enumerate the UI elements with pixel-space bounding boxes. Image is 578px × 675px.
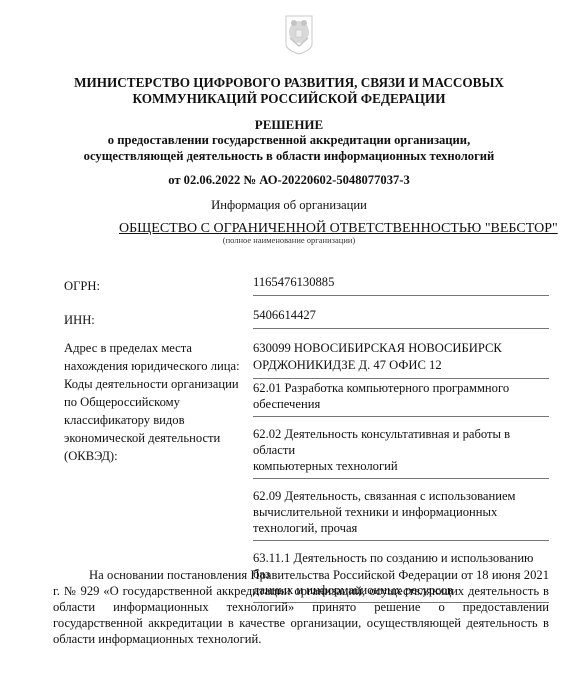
okved-label-line: экономической деятельности <box>64 429 239 447</box>
okved-label-line: (ОКВЭД): <box>64 447 239 465</box>
decision-subtitle: о предоставлении государственной аккреди… <box>0 132 578 164</box>
okved-label-line: по Общероссийскому <box>64 393 239 411</box>
decision-subtitle-line-1: о предоставлении государственной аккреди… <box>0 132 578 148</box>
address-label-line-2: нахождения юридического лица: <box>64 357 240 375</box>
decision-subtitle-line-2: осуществляющей деятельность в области ин… <box>0 148 578 164</box>
ministry-line-1: МИНИСТЕРСТВО ЦИФРОВОГО РАЗВИТИЯ, СВЯЗИ И… <box>0 75 578 91</box>
okved-item-line: компьютерных технологий <box>253 458 549 474</box>
okved-item-line: обеспечения <box>253 396 549 412</box>
okved-label-line: Коды деятельности организации <box>64 375 239 393</box>
okved-item: 62.09 Деятельность, связанная с использо… <box>253 485 549 541</box>
okved-item: 62.01 Разработка компьютерного программн… <box>253 377 549 417</box>
ministry-name: МИНИСТЕРСТВО ЦИФРОВОГО РАЗВИТИЯ, СВЯЗИ И… <box>0 75 578 107</box>
info-heading: Информация об организации <box>0 198 578 213</box>
ministry-line-2: КОММУНИКАЦИЙ РОССИЙСКОЙ ФЕДЕРАЦИИ <box>0 91 578 107</box>
org-full-name: ОБЩЕСТВО С ОГРАНИЧЕННОЙ ОТВЕТСТВЕННОСТЬЮ… <box>119 222 558 236</box>
decision-title: РЕШЕНИЕ <box>0 117 578 133</box>
org-name-caption: (полное наименование организации) <box>0 236 578 245</box>
decision-paragraph: На основании постановления Правительства… <box>53 567 549 647</box>
okved-item-line: 62.02 Деятельность консультативная и раб… <box>253 426 549 458</box>
address-value-line-1: 630099 НОВОСИБИРСКАЯ НОВОСИБИРСК <box>253 340 549 357</box>
okved-item: 62.02 Деятельность консультативная и раб… <box>253 423 549 479</box>
ogrn-label: ОГРН: <box>64 277 100 295</box>
inn-label: ИНН: <box>64 311 95 329</box>
okved-item-line: вычислительной техники и информационных <box>253 504 549 520</box>
coat-of-arms-icon <box>284 12 314 56</box>
okved-item-line: технологий, прочая <box>253 520 549 536</box>
address-value: 630099 НОВОСИБИРСКАЯ НОВОСИБИРСК ОРДЖОНИ… <box>253 340 549 379</box>
okved-item-line: 62.01 Разработка компьютерного программн… <box>253 380 549 396</box>
decision-number: от 02.06.2022 № АО-20220602-5048077037-3 <box>0 172 578 188</box>
okved-item-line: 62.09 Деятельность, связанная с использо… <box>253 488 549 504</box>
okved-label: Коды деятельности организации по Общерос… <box>64 375 239 465</box>
address-value-line-2: ОРДЖОНИКИДЗЕ Д. 47 ОФИС 12 <box>253 357 549 374</box>
ogrn-value: 1165476130885 <box>253 274 549 296</box>
address-label: Адрес в пределах места нахождения юридич… <box>64 339 240 375</box>
okved-label-line: классификатору видов <box>64 411 239 429</box>
inn-value: 5406614427 <box>253 307 549 329</box>
address-label-line-1: Адрес в пределах места <box>64 339 240 357</box>
